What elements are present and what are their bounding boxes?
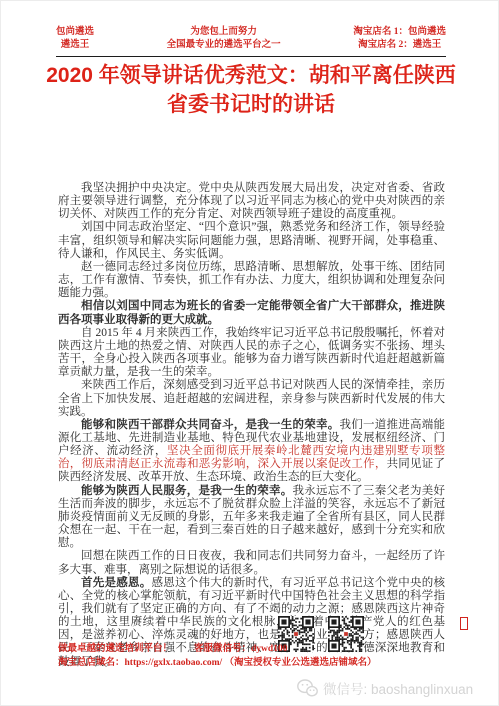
- document-page: 包尚遴选 遴选王 为您包上而努力 全国最专业的遴选平台之一 淘宝店名 1：包尚遴…: [0, 0, 499, 706]
- promo-header: 包尚遴选 遴选王 为您包上而努力 全国最专业的遴选平台之一 淘宝店名 1：包尚遴…: [56, 26, 446, 52]
- promo-right: 淘宝店名 1：包尚遴选 淘宝店名 2：遴选王: [353, 26, 446, 52]
- text-run-bold: 能够为陕西人民服务，是我一生的荣幸。: [81, 485, 293, 497]
- paragraph: 相信以刘国中同志为班长的省委一定能带领全省广大干部群众，推进陕西各项事业取得新的…: [58, 300, 445, 326]
- document-title: 2020 年领导讲话优秀范文：胡和平离任陕西省委书记时的讲话: [45, 62, 457, 119]
- footer-store-domain: 淘宝总店域名：https://gxlx.taobao.com/ （淘宝授权专业公…: [58, 658, 377, 668]
- footer-line2: 淘宝总店域名：https://gxlx.taobao.com/ （淘宝授权专业公…: [58, 656, 458, 670]
- wechat-watermark-label: 微信号: baoshanglinxuan: [323, 678, 473, 698]
- document-body: 我坚决拥护中央决定。党中央从陕西发展大局出发，决定对省委、省政府主要领导进行调整…: [58, 182, 445, 669]
- paragraph: 来陕西工作后，深刻感受到习近平总书记对陕西人民的深情牵挂，亲历全省上下加快发展、…: [58, 379, 445, 418]
- paragraph: 能够为陕西人民服务，是我一生的荣幸。我永远忘不了三秦父老为美好生活而奔波的脚步，…: [58, 485, 445, 551]
- text-run-normal: 刘国中同志政治坚定、“四个意识”强，熟悉党务和经济工作，领导经验丰富，组织领导和…: [58, 221, 445, 259]
- header-divider: [56, 56, 446, 57]
- text-run-normal: 来陕西工作后，深刻感受到习近平总书记对陕西人民的深情牵挂，亲历全省上下加快发展、…: [58, 379, 445, 417]
- promo-left: 包尚遴选 遴选王: [56, 26, 94, 52]
- promo-center-line2: 全国最专业的遴选平台之一: [167, 39, 281, 52]
- wechat-watermark: 微信号: baoshanglinxuan: [297, 678, 473, 698]
- text-run-normal: 回想在陕西工作的日日夜夜，我和同志们共同努力奋斗，一起经历了许多大事、难事，离别…: [58, 550, 445, 575]
- paragraph: 刘国中同志政治坚定、“四个意识”强，熟悉党务和经济工作，领导经验丰富，组织领导和…: [58, 221, 445, 260]
- paragraph: 自 2015 年 4 月来陕西工作，我始终牢记习近平总书记殷殷嘱托，怀着对陕西这…: [58, 327, 445, 380]
- text-run-normal: 我坚决拥护中央决定。党中央从陕西发展大局出发，决定对省委、省政府主要领导进行调整…: [58, 182, 445, 220]
- text-run-bold: 首先是感恩。: [81, 577, 152, 589]
- promo-footer: 做最卓越的遴选培训平台！客服微信号：dywd100 淘宝总店域名：https:/…: [58, 642, 458, 670]
- text-run-normal: 自 2015 年 4 月来陕西工作，我始终牢记习近平总书记殷殷嘱托，怀着对陕西这…: [58, 327, 445, 378]
- promo-center: 为您包上而努力 全国最专业的遴选平台之一: [167, 26, 281, 52]
- text-run-bold: 能够和陕西干部群众共同奋斗，是我一生的荣幸。: [81, 419, 340, 431]
- wechat-icon: [297, 679, 318, 697]
- paragraph: 我坚决拥护中央决定。党中央从陕西发展大局出发，决定对省委、省政府主要领导进行调整…: [58, 182, 445, 221]
- text-run-normal: 赵一德同志经过多岗位历练，思路清晰、思想解放，处事干练、团结同志，工作有激情、节…: [58, 261, 445, 299]
- promo-left-line1: 包尚遴选: [56, 26, 94, 39]
- red-stamp-mark: [460, 617, 468, 630]
- paragraph: 赵一德同志经过多岗位历练，思路清晰、思想解放，处事干练、团结同志，工作有激情、节…: [58, 261, 445, 300]
- paragraph: 回想在陕西工作的日日夜夜，我和同志们共同努力奋斗，一起经历了许多大事、难事，离别…: [58, 550, 445, 576]
- promo-left-line2: 遴选王: [56, 39, 94, 52]
- paragraph: 能够和陕西干部群众共同奋斗，是我一生的荣幸。我们一道推进高端能源化工基地、先进制…: [58, 419, 445, 485]
- promo-right-line1: 淘宝店名 1：包尚遴选: [353, 26, 446, 39]
- footer-line1: 做最卓越的遴选培训平台！客服微信号：dywd100: [58, 642, 458, 656]
- footer-slogan: 做最卓越的遴选培训平台！: [58, 644, 172, 654]
- promo-center-line1: 为您包上而努力: [167, 26, 281, 39]
- footer-service-wechat: 客服微信号：dywd100: [194, 644, 287, 654]
- text-run-bold: 相信以刘国中同志为班长的省委一定能带领全省广大干部群众，推进陕西各项事业取得新的…: [58, 300, 445, 325]
- promo-right-line2: 淘宝店名 2：遴选王: [353, 39, 446, 52]
